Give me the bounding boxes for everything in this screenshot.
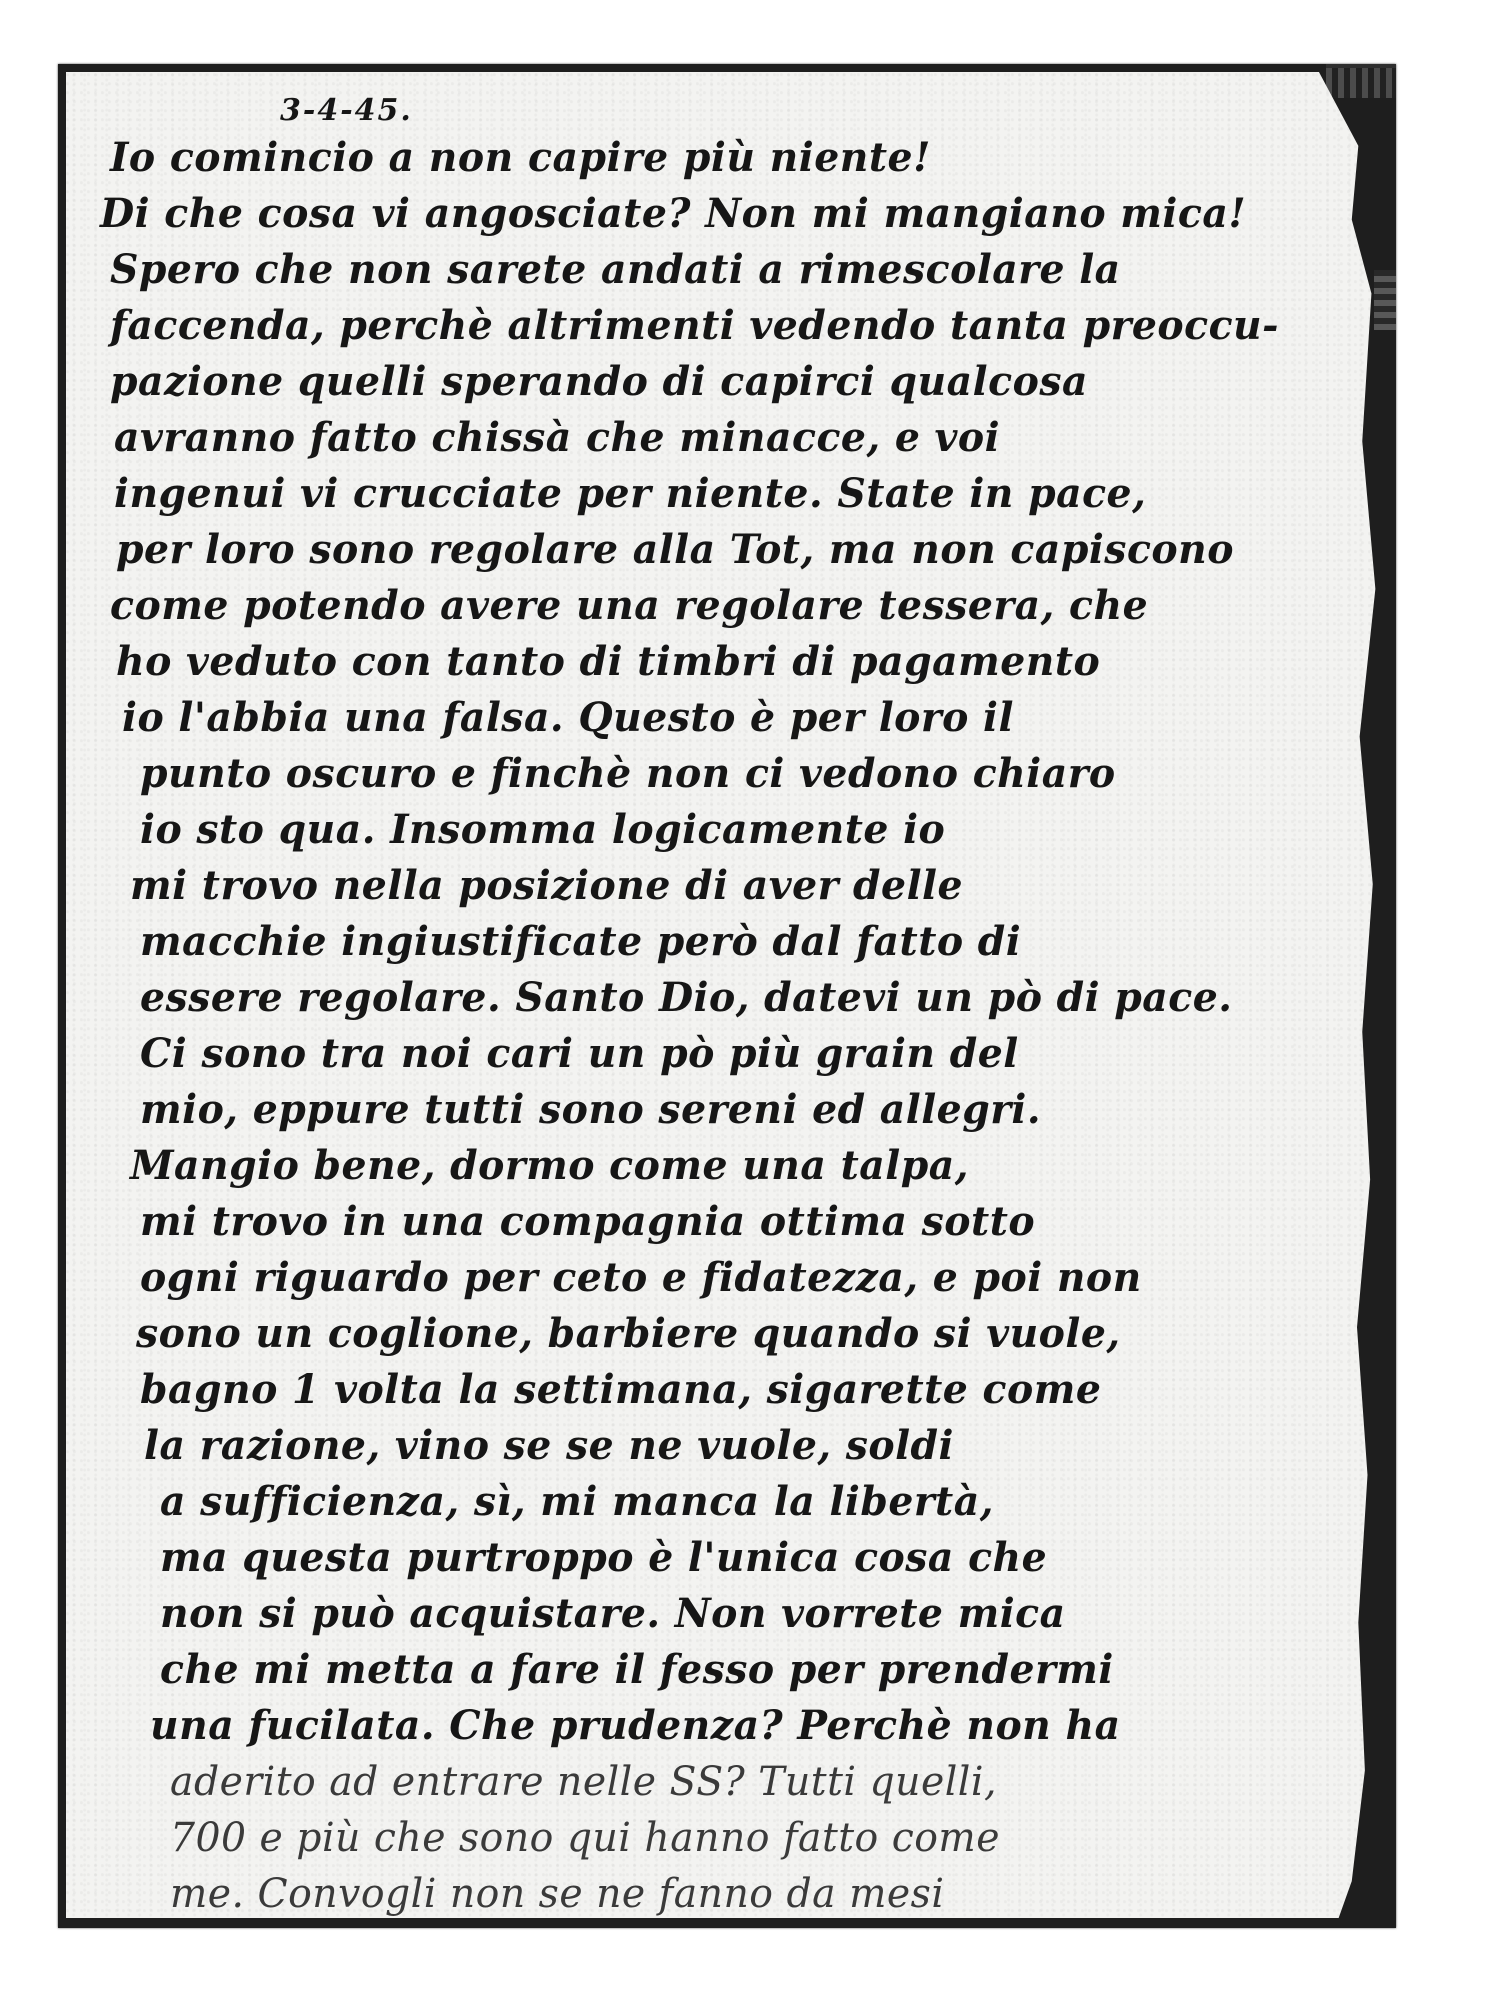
letter-line: Mangio bene, dormo come una talpa, (130, 1138, 1350, 1194)
letter-line: 700 e più che sono qui hanno fatto come (170, 1810, 1350, 1866)
letter-line: a sufficienza, sì, mi manca la libertà, (160, 1474, 1350, 1530)
letter-line: ma questa purtroppo è l'unica cosa che (160, 1530, 1350, 1586)
letter-line: ingenui vi crucciate per niente. State i… (114, 466, 1350, 522)
letter-line: mi trovo in una compagnia ottima sotto (140, 1194, 1350, 1250)
letter-line: mio, eppure tutti sono sereni ed allegri… (140, 1082, 1350, 1138)
letter-date: 3-4-45. (280, 92, 1370, 130)
letter-line: Io comincio a non capire più niente! (110, 130, 1350, 186)
letter-line: punto oscuro e finchè non ci vedono chia… (140, 746, 1350, 802)
letter-line: una fucilata. Che prudenza? Perchè non h… (150, 1698, 1350, 1754)
letter-line: per loro sono regolare alla Tot, ma non … (116, 522, 1350, 578)
letter-line: me. Convogli non se ne fanno da mesi (170, 1866, 1350, 1922)
letter-line: macchie ingiustificate però dal fatto di (140, 914, 1350, 970)
letter-line: la razione, vino se se ne vuole, soldi (144, 1418, 1350, 1474)
letter-line: non si può acquistare. Non vorrete mica (160, 1586, 1350, 1642)
letter-line: che mi metta a fare il fesso per prender… (160, 1642, 1350, 1698)
letter-line: come potendo avere una regolare tessera,… (110, 578, 1350, 634)
letter-line: io l'abbia una falsa. Questo è per loro … (122, 690, 1350, 746)
letter-line: avranno fatto chissà che minacce, e voi (114, 410, 1350, 466)
letter-line: ogni riguardo per ceto e fidatezza, e po… (140, 1250, 1350, 1306)
letter-line: faccenda, perchè altrimenti vedendo tant… (110, 298, 1350, 354)
letter-line: io sto qua. Insomma logicamente io (140, 802, 1350, 858)
letter-line: ho veduto con tanto di timbri di pagamen… (116, 634, 1350, 690)
letter-line: Di che cosa vi angosciate? Non mi mangia… (100, 186, 1350, 242)
handwritten-letter: 3-4-45. Io comincio a non capire più nie… (110, 92, 1370, 1922)
letter-line: essere regolare. Santo Dio, datevi un pò… (140, 970, 1350, 1026)
letter-line: sono un coglione, barbiere quando si vuo… (136, 1306, 1350, 1362)
letter-line: mi trovo nella posizione di aver delle (130, 858, 1350, 914)
letter-line: pazione quelli sperando di capirci qualc… (110, 354, 1350, 410)
side-ornament (1374, 270, 1396, 330)
letter-line: aderito ad entrare nelle SS? Tutti quell… (170, 1754, 1350, 1810)
letter-line: bagno 1 volta la settimana, sigarette co… (140, 1362, 1350, 1418)
letter-line: Spero che non sarete andati a rimescolar… (110, 242, 1350, 298)
letter-line: Ci sono tra noi cari un pò più grain del (140, 1026, 1350, 1082)
